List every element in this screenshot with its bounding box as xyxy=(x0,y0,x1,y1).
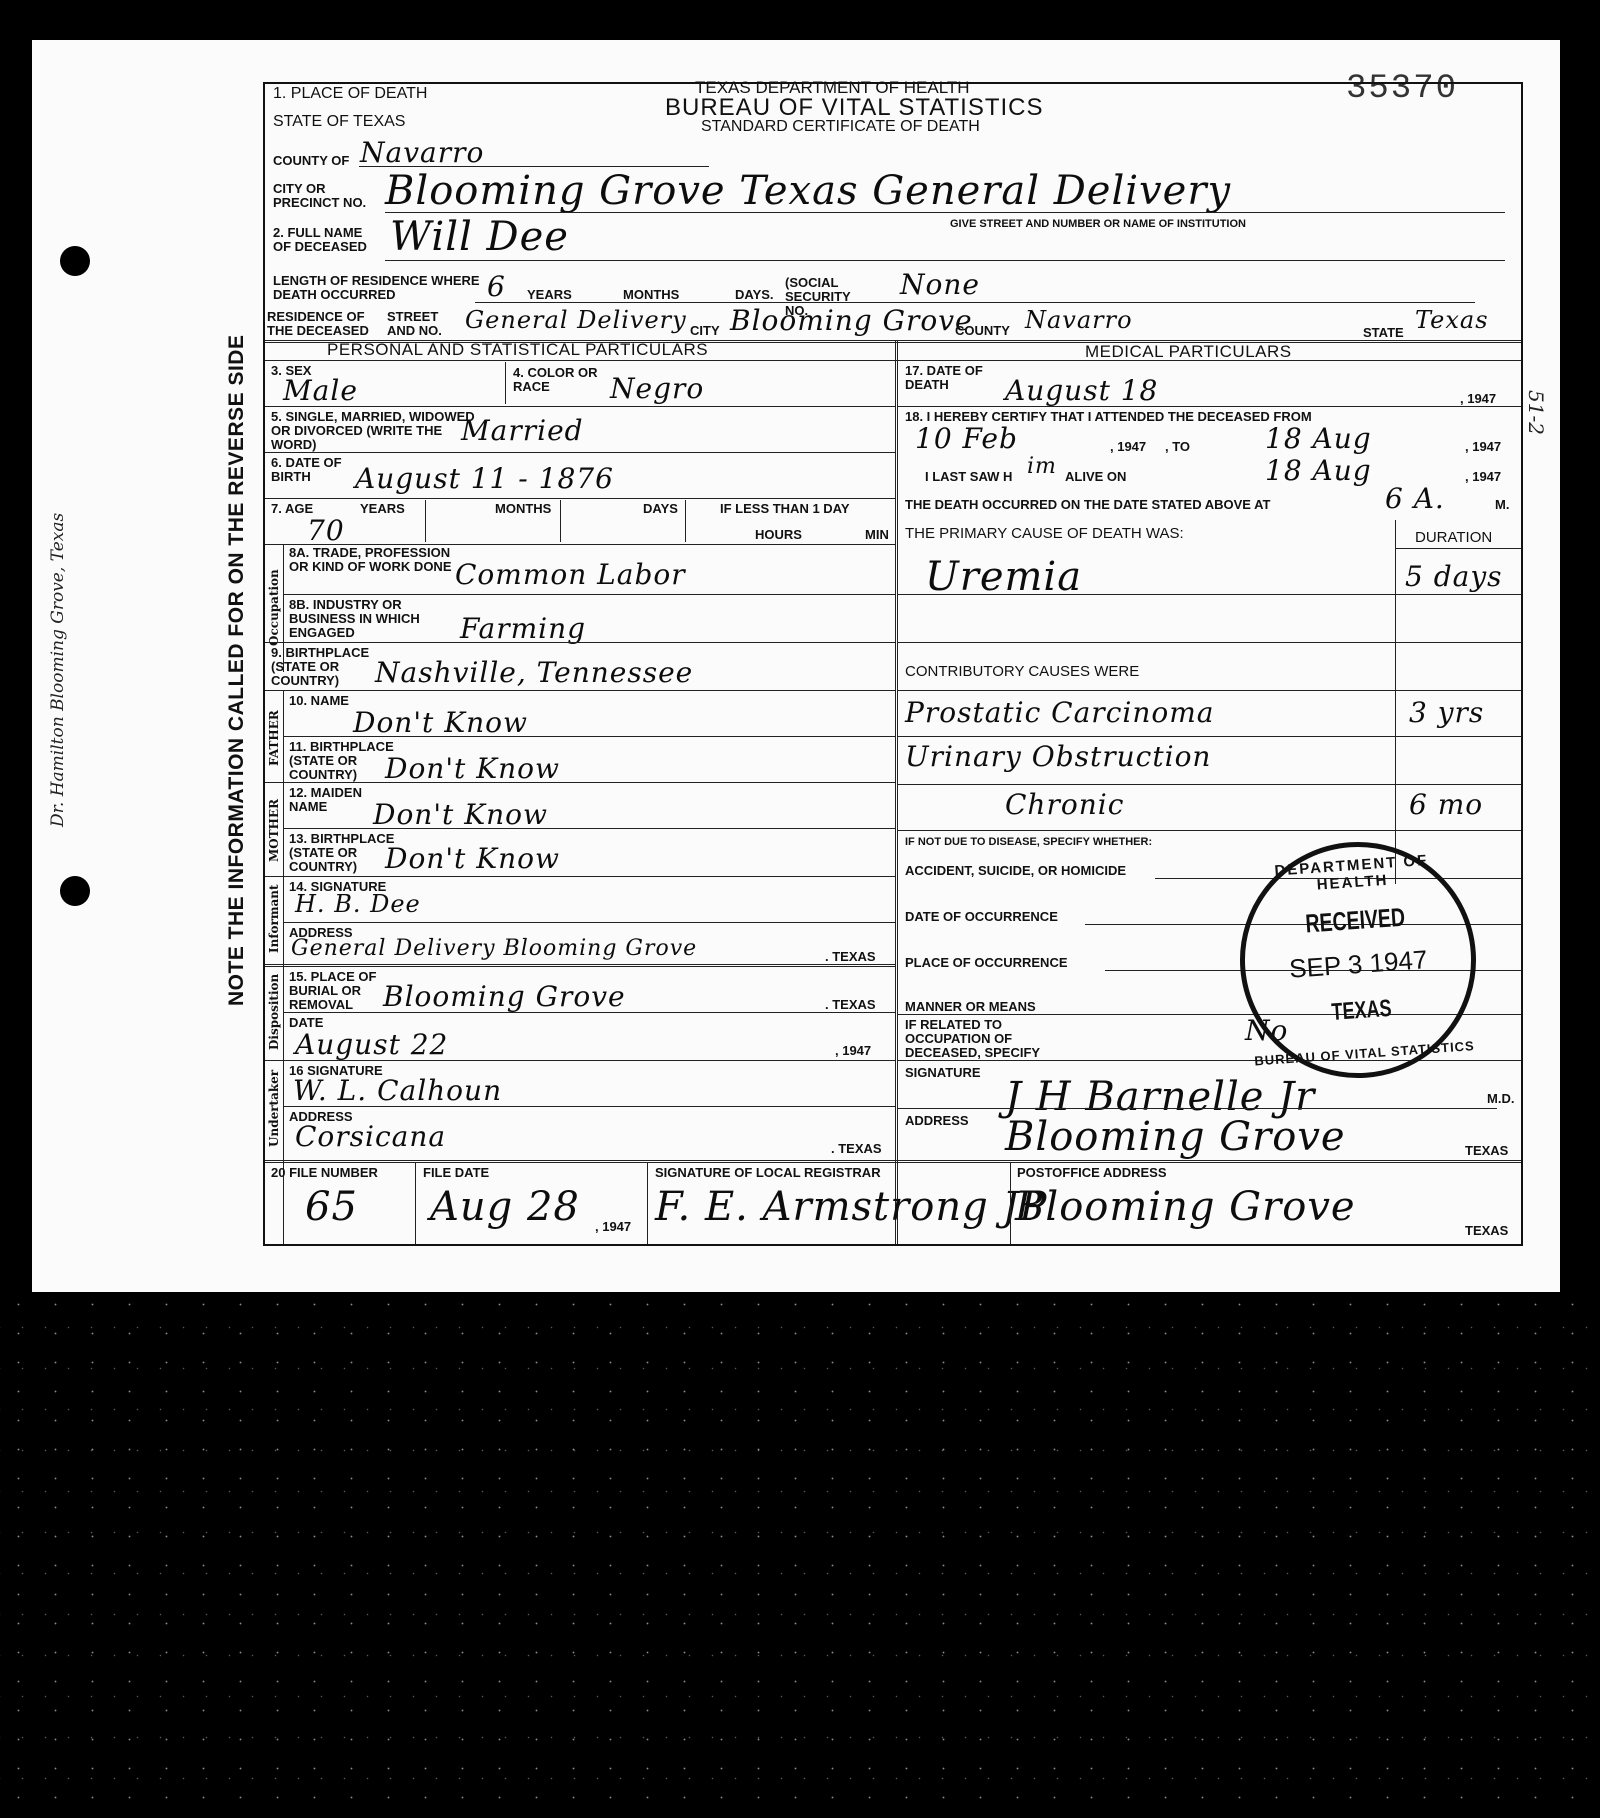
county-label: COUNTY OF xyxy=(273,154,349,168)
medical-section-title: MEDICAL PARTICULARS xyxy=(1085,342,1292,362)
physician-address-label: ADDRESS xyxy=(905,1114,969,1128)
occurrence-place-label: PLACE OF OCCURRENCE xyxy=(905,956,1068,970)
registrar-value: F. E. Armstrong JP xyxy=(655,1184,1047,1230)
industry-label: 8B. INDUSTRY OR BUSINESS IN WHICH ENGAGE… xyxy=(289,598,464,640)
mother-birthplace-value: Don't Know xyxy=(385,842,560,875)
hours-label: HOURS xyxy=(755,528,802,542)
death-date-value: August 18 xyxy=(1005,374,1158,407)
file-number-label: 20 FILE NUMBER xyxy=(271,1166,378,1180)
ssn-value: None xyxy=(900,268,980,301)
certificate-title: STANDARD CERTIFICATE OF DEATH xyxy=(701,118,980,136)
min-label: MIN xyxy=(865,528,889,542)
punch-hole xyxy=(60,246,90,276)
father-name-label: 10. NAME xyxy=(289,694,349,708)
not-disease-label: IF NOT DUE TO DISEASE, SPECIFY WHETHER: xyxy=(905,836,1152,848)
alive-on-label: ALIVE ON xyxy=(1065,470,1126,484)
file-number-value: 65 xyxy=(305,1184,358,1230)
county-value: Navarro xyxy=(360,136,484,169)
informant-group-label: Informant xyxy=(267,876,281,962)
contributory-label: CONTRIBUTORY CAUSES WERE xyxy=(905,664,1139,680)
industry-value: Farming xyxy=(460,612,586,645)
md-label: M.D. xyxy=(1487,1092,1514,1106)
informant-address-value: General Delivery Blooming Grove xyxy=(291,936,697,961)
race-value: Negro xyxy=(610,372,704,405)
father-birthplace-label: 11. BIRTHPLACE (STATE OR COUNTRY) xyxy=(289,740,399,782)
stamp-received: RECEIVED xyxy=(1270,899,1441,942)
marital-value: Married xyxy=(461,414,584,447)
undertaker-address-value: Corsicana xyxy=(295,1120,446,1153)
manner-label: MANNER OR MEANS xyxy=(905,1000,1036,1014)
full-name-value: Will Dee xyxy=(390,214,569,260)
attended-to-year: , 1947 xyxy=(1465,440,1501,454)
time-value: 6 A. xyxy=(1385,482,1445,515)
contributory-cause-2: Urinary Obstruction xyxy=(905,740,1211,773)
disposition-group-label: Disposition xyxy=(267,966,281,1058)
burial-texas-label: . TEXAS xyxy=(825,998,876,1012)
physician-signature-label: SIGNATURE xyxy=(905,1066,981,1080)
burial-year: , 1947 xyxy=(835,1044,871,1058)
registrar-label: SIGNATURE OF LOCAL REGISTRAR xyxy=(655,1166,881,1180)
res-state-value: Texas xyxy=(1415,306,1489,334)
stamp-date: SEP 3 1947 xyxy=(1245,941,1473,988)
death-year: , 1947 xyxy=(1460,392,1496,406)
informant-signature-value: H. B. Dee xyxy=(295,890,421,918)
sex-value: Male xyxy=(283,374,358,407)
res-city-label: CITY xyxy=(690,324,720,338)
last-saw-label: I LAST SAW H xyxy=(925,470,1012,484)
trade-value: Common Labor xyxy=(455,558,686,591)
age-months-label: MONTHS xyxy=(495,502,551,516)
contributory-duration-3: 6 mo xyxy=(1409,788,1483,821)
last-saw-year: , 1947 xyxy=(1465,470,1501,484)
father-name-value: Don't Know xyxy=(353,706,528,739)
street-label: STREET AND NO. xyxy=(387,310,467,338)
postoffice-label: POSTOFFICE ADDRESS xyxy=(1017,1166,1167,1180)
undertaker-group-label: Undertaker xyxy=(267,1062,281,1154)
burial-label: 15. PLACE OF BURIAL OR REMOVAL xyxy=(289,970,389,1012)
file-date-label: FILE DATE xyxy=(423,1166,489,1180)
undertaker-signature-value: W. L. Calhoun xyxy=(293,1074,502,1107)
mother-birthplace-label: 13. BIRTHPLACE (STATE OR COUNTRY) xyxy=(289,832,399,874)
res-city-value: Blooming Grove xyxy=(730,304,973,337)
postoffice-value: Blooming Grove xyxy=(1015,1184,1356,1230)
burial-value: Blooming Grove xyxy=(383,980,626,1013)
attended-from-value: 10 Feb xyxy=(915,422,1018,455)
residence-length-label: LENGTH OF RESIDENCE WHERE DEATH OCCURRED xyxy=(273,274,513,302)
scan-background xyxy=(0,1290,1600,1818)
state-label: STATE OF TEXAS xyxy=(273,114,405,130)
contributory-duration-1: 3 yrs xyxy=(1409,696,1484,729)
age-years-value: 70 xyxy=(307,514,345,547)
birthplace-value: Nashville, Tennessee xyxy=(375,656,693,689)
contributory-cause-1: Prostatic Carcinoma xyxy=(905,696,1214,729)
mother-group-label: MOTHER xyxy=(267,784,281,876)
file-year: , 1947 xyxy=(595,1220,631,1234)
age-days-label: DAYS xyxy=(643,502,678,516)
time-suffix: M. xyxy=(1495,498,1509,512)
dob-value: August 11 - 1876 xyxy=(355,462,614,495)
years-label: YEARS xyxy=(527,288,572,302)
city-value: Blooming Grove Texas General Delivery xyxy=(385,168,1231,214)
attended-from-year: , 1947 xyxy=(1110,440,1146,454)
stamp-state: TEXAS xyxy=(1276,991,1447,1031)
physician-address-value: Blooming Grove xyxy=(1005,1114,1346,1160)
residence-label: RESIDENCE OF THE DECEASED xyxy=(267,310,377,338)
death-date-label: 17. DATE OF DEATH xyxy=(905,364,1005,392)
primary-cause-label: THE PRIMARY CAUSE OF DEATH WAS: xyxy=(905,526,1184,542)
personal-section-title: PERSONAL AND STATISTICAL PARTICULARS xyxy=(327,340,708,360)
days-label: DAYS. xyxy=(735,288,774,302)
primary-duration-value: 5 days xyxy=(1405,560,1503,593)
right-margin-note: 51-2 xyxy=(1524,390,1548,435)
res-county-value: Navarro xyxy=(1025,306,1133,334)
postoffice-texas-label: TEXAS xyxy=(1465,1224,1508,1238)
mother-name-value: Don't Know xyxy=(373,798,548,831)
last-saw-date-value: 18 Aug xyxy=(1265,454,1372,487)
res-state-label: STATE xyxy=(1363,326,1404,340)
full-name-label: 2. FULL NAME OF DECEASED xyxy=(273,226,373,254)
months-label: MONTHS xyxy=(623,288,679,302)
residence-years-value: 6 xyxy=(487,270,506,303)
city-hint: GIVE STREET AND NUMBER OR NAME OF INSTIT… xyxy=(950,218,1246,230)
reverse-side-note: NOTE THE INFORMATION CALLED FOR ON THE R… xyxy=(225,310,255,1030)
last-saw-pronoun: im xyxy=(1027,454,1057,479)
attended-to-value: 18 Aug xyxy=(1265,422,1372,455)
res-county-label: COUNTY xyxy=(955,324,1010,338)
father-group-label: FATHER xyxy=(267,690,281,786)
informant-texas-label: . TEXAS xyxy=(825,950,876,964)
undertaker-texas-label: . TEXAS xyxy=(831,1142,882,1156)
trade-label: 8A. TRADE, PROFESSION OR KIND OF WORK DO… xyxy=(289,546,464,574)
physician-texas-label: TEXAS xyxy=(1465,1144,1508,1158)
city-label: CITY OR PRECINCT NO. xyxy=(273,182,373,210)
margin-handwritten-note: Dr. Hamilton Blooming Grove, Texas xyxy=(48,290,88,1050)
street-value: General Delivery xyxy=(465,306,687,334)
file-date-value: Aug 28 xyxy=(430,1184,580,1230)
less-than-day-label: IF LESS THAN 1 DAY xyxy=(720,502,850,516)
place-of-death-label: 1. PLACE OF DEATH xyxy=(273,86,427,102)
contributory-cause-3: Chronic xyxy=(1005,788,1124,821)
marital-label: 5. SINGLE, MARRIED, WIDOWED OR DIVORCED … xyxy=(271,410,481,452)
accident-label: ACCIDENT, SUICIDE, OR HOMICIDE xyxy=(905,864,1126,878)
time-label: THE DEATH OCCURRED ON THE DATE STATED AB… xyxy=(905,498,1270,512)
race-label: 4. COLOR OR RACE xyxy=(513,366,613,394)
burial-date-value: August 22 xyxy=(295,1028,448,1061)
father-birthplace-value: Don't Know xyxy=(385,752,560,785)
dob-label: 6. DATE OF BIRTH xyxy=(271,456,351,484)
occupation-related-label: IF RELATED TO OCCUPATION OF DECEASED, SP… xyxy=(905,1018,1075,1060)
birthplace-label: 9. BIRTHPLACE (STATE OR COUNTRY) xyxy=(271,646,391,688)
duration-label: DURATION xyxy=(1415,530,1492,546)
occurrence-date-label: DATE OF OCCURRENCE xyxy=(905,910,1058,924)
age-years-label: YEARS xyxy=(360,502,405,516)
to-label: , TO xyxy=(1165,440,1190,454)
